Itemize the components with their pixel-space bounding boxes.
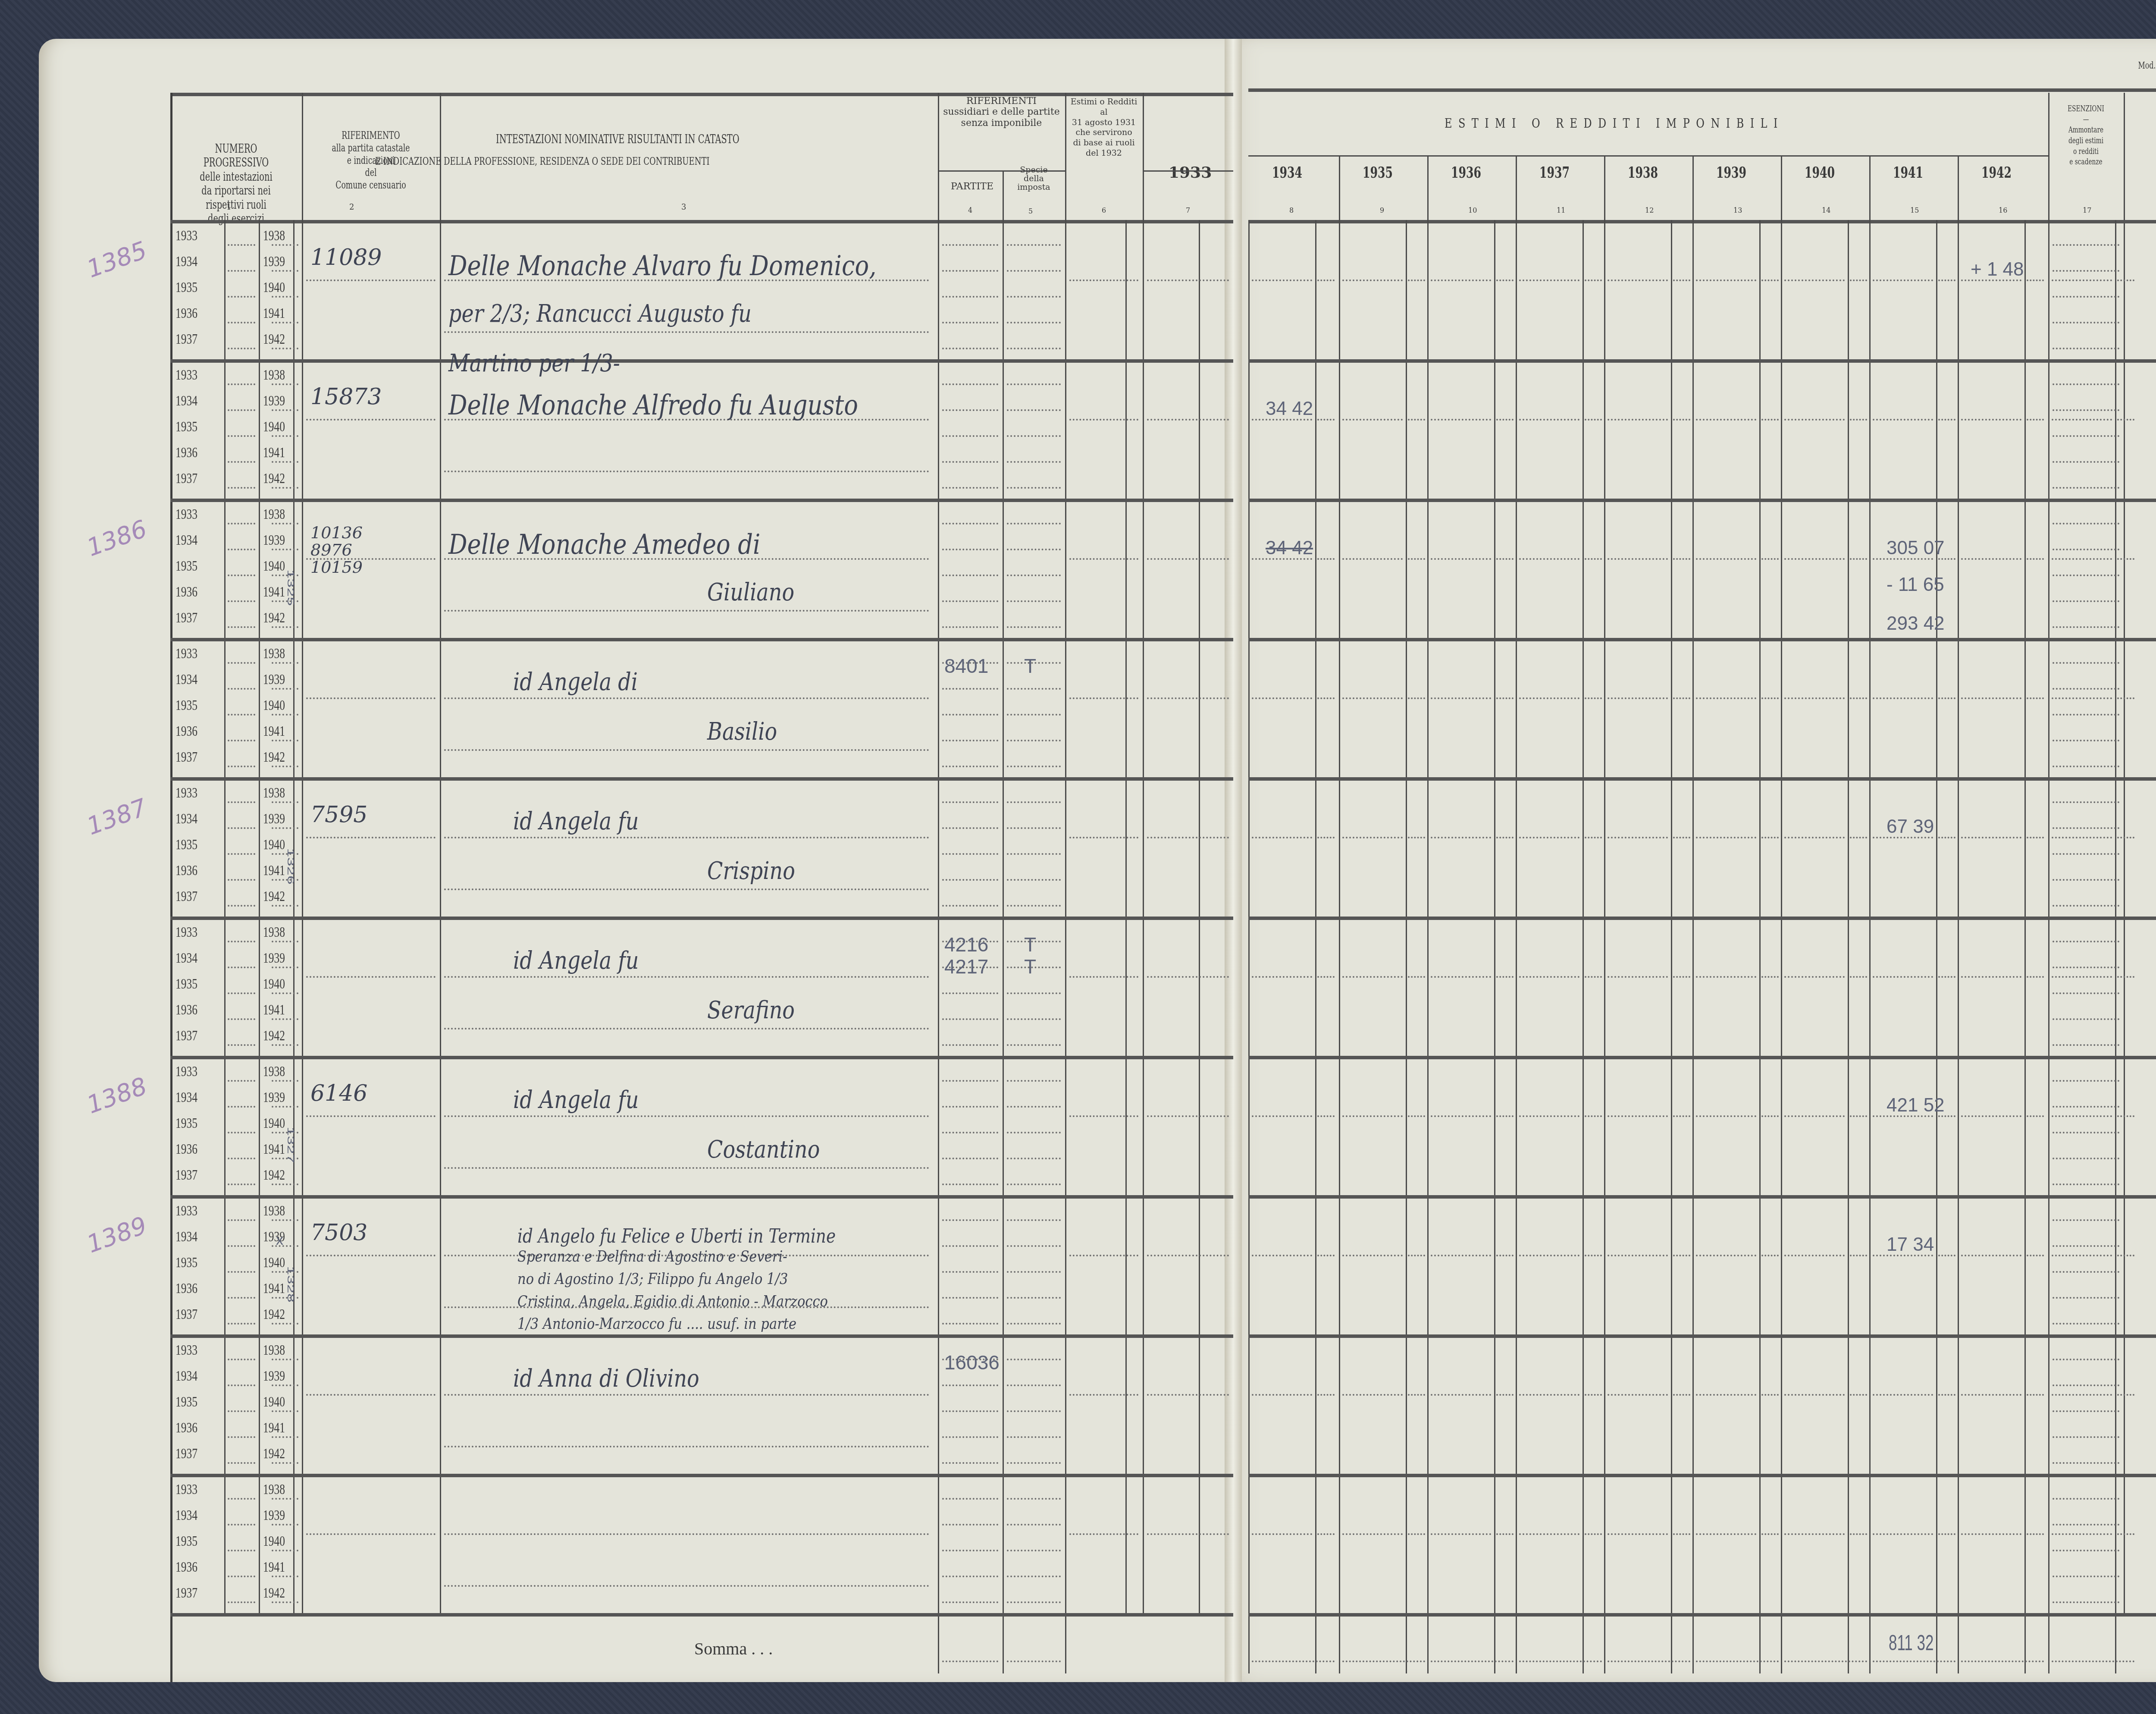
- rule-horizontal: [1143, 170, 1233, 172]
- dotted-rule: [272, 1550, 298, 1551]
- esenzioni-header: ESENZIONI—Ammontaredegli estimio redditi…: [2060, 104, 2112, 167]
- dotted-rule: [272, 992, 298, 994]
- dotted-rule: [1007, 1524, 1061, 1526]
- year-left: 1934: [175, 1507, 197, 1524]
- year-left: 1935: [175, 558, 197, 574]
- year-left: 1935: [175, 697, 197, 714]
- year-right: 1940: [263, 419, 285, 435]
- dotted-rule: [228, 1158, 255, 1159]
- dotted-rule: [942, 409, 998, 411]
- dotted-rule: [1673, 1394, 1690, 1396]
- estimi-1931-header-line: al: [1067, 107, 1141, 118]
- year-left: 1933: [175, 646, 197, 662]
- dotted-rule: [1431, 279, 1491, 281]
- dotted-rule: [272, 1219, 298, 1221]
- year-right: 1939: [263, 950, 285, 967]
- dotted-rule: [228, 435, 255, 437]
- dotted-rule: [1007, 626, 1061, 628]
- dotted-rule: [1007, 740, 1061, 741]
- year-left: 1934: [175, 811, 197, 827]
- rule-vertical: [1494, 220, 1495, 1673]
- dotted-rule: [1147, 1394, 1229, 1396]
- dotted-rule: [2117, 419, 2134, 421]
- dotted-rule: [1007, 549, 1061, 550]
- dotted-rule: [228, 801, 255, 803]
- dotted-rule: [1585, 1533, 1602, 1535]
- dotted-rule: [1317, 419, 1335, 421]
- riferimento-header-line: alla partita catastale: [323, 142, 419, 154]
- dotted-rule: [444, 471, 929, 472]
- dotted-rule: [1496, 837, 1514, 838]
- dotted-rule: [1147, 1255, 1229, 1256]
- dotted-rule: [272, 322, 298, 323]
- dotted-rule: [1496, 976, 1514, 978]
- rule-vertical: [1759, 220, 1761, 1673]
- dotted-rule: [942, 801, 998, 803]
- dotted-rule: [2052, 558, 2112, 560]
- dotted-rule: [942, 322, 998, 323]
- estimo-value: 421 52: [1887, 1095, 1945, 1116]
- dotted-rule: [1761, 1394, 1779, 1396]
- riferimenti-header-line: sussidiari e delle partite: [940, 107, 1063, 117]
- dotted-rule: [1408, 1115, 1425, 1117]
- dotted-rule: [1585, 558, 1602, 560]
- dotted-rule: [1147, 976, 1229, 978]
- dotted-rule: [228, 662, 255, 664]
- dotted-rule: [1317, 1394, 1335, 1396]
- rule-horizontal: [938, 170, 1065, 172]
- dotted-rule: [1007, 1384, 1061, 1386]
- dotted-rule: [272, 1106, 298, 1108]
- estimi-1931-header: Estimi o Redditial31 agosto 1931che serv…: [1067, 97, 1141, 159]
- year-left: 1935: [175, 837, 197, 853]
- dotted-rule: [2053, 435, 2119, 437]
- year-1933-header: 1933: [1169, 164, 1212, 182]
- dotted-rule: [2053, 296, 2119, 298]
- dotted-rule: [1961, 976, 2021, 978]
- numero-progressivo-header-line: degli esercizi: [192, 212, 280, 226]
- dotted-rule: [942, 574, 998, 576]
- dotted-rule: [1585, 697, 1602, 699]
- rule-vertical: [1781, 155, 1782, 220]
- dotted-rule: [1317, 976, 1335, 978]
- rule-vertical: [1692, 155, 1694, 220]
- dotted-rule: [2117, 1115, 2134, 1117]
- dotted-rule: [1938, 279, 1955, 281]
- dotted-rule: [228, 1359, 255, 1360]
- dotted-rule: [1496, 279, 1514, 281]
- rule-horizontal: [170, 917, 1233, 920]
- dotted-rule: [2053, 1080, 2119, 1082]
- dotted-rule: [1519, 279, 1579, 281]
- dotted-rule: [1873, 697, 1933, 699]
- estimo-value: 34 42: [1266, 398, 1313, 420]
- dotted-rule: [942, 1498, 998, 1500]
- year-left: 1937: [175, 888, 197, 905]
- dotted-rule: [1007, 1245, 1061, 1247]
- col-number-3: 3: [681, 203, 686, 212]
- name-line: Delle Monache Amedeo di: [448, 529, 760, 561]
- year-1940-header: 1940: [1805, 164, 1835, 182]
- dotted-rule: [306, 1255, 436, 1256]
- dotted-rule: [1608, 1661, 1690, 1662]
- dotted-rule: [1252, 1115, 1312, 1117]
- year-right: 1938: [263, 228, 285, 244]
- dotted-rule: [1519, 1394, 1579, 1396]
- dotted-rule: [1873, 1533, 1933, 1535]
- rule-horizontal: [170, 1195, 1233, 1199]
- dotted-rule: [1608, 697, 1668, 699]
- dotted-rule: [1608, 279, 1668, 281]
- year-right: 1938: [263, 924, 285, 941]
- numero-progressivo-header: NUMERO PROGRESSIVOdelle intestazionida r…: [192, 142, 280, 226]
- dotted-rule: [272, 487, 298, 489]
- dotted-rule: [1873, 976, 1933, 978]
- year-left: 1937: [175, 1028, 197, 1044]
- dotted-rule: [2053, 1044, 2119, 1046]
- dotted-rule: [1007, 1297, 1061, 1299]
- year-right: 1939: [263, 254, 285, 270]
- dotted-rule: [2053, 1462, 2119, 1464]
- dotted-rule: [1761, 976, 1779, 978]
- year-left: 1937: [175, 1446, 197, 1462]
- rule-vertical: [440, 93, 441, 220]
- dotted-rule: [1784, 1661, 1867, 1662]
- dotted-rule: [272, 549, 298, 550]
- dotted-rule: [1007, 1271, 1061, 1273]
- dotted-rule: [1069, 697, 1138, 699]
- dotted-rule: [1147, 1115, 1229, 1117]
- dotted-rule: [228, 549, 255, 550]
- dotted-rule: [272, 905, 298, 907]
- dotted-rule: [444, 1533, 929, 1535]
- dotted-rule: [1007, 1183, 1061, 1185]
- year-left: 1934: [175, 1368, 197, 1384]
- dotted-rule: [1519, 558, 1579, 560]
- form-id: Mod. 111 - Imposte Dirette (Intercalare)…: [2138, 60, 2156, 71]
- rule-vertical: [1427, 155, 1429, 220]
- riferimento-header-line: del: [323, 166, 419, 179]
- rule-horizontal: [1248, 777, 2156, 781]
- dotted-rule: [228, 1576, 255, 1577]
- rule-vertical: [1427, 220, 1429, 1673]
- dotted-rule: [444, 1167, 929, 1169]
- rule-horizontal: [1248, 155, 2048, 157]
- dotted-rule: [1496, 1255, 1514, 1256]
- esenzioni-header-line: e scadenze: [2060, 157, 2112, 167]
- dotted-rule: [2052, 1255, 2112, 1256]
- rule-vertical: [2124, 93, 2125, 1613]
- dotted-rule: [2052, 419, 2112, 421]
- dotted-rule: [2053, 487, 2119, 489]
- dotted-rule: [272, 1323, 298, 1325]
- dotted-rule: [272, 1576, 298, 1577]
- dotted-rule: [1784, 1255, 1845, 1256]
- dotted-rule: [1007, 1601, 1061, 1603]
- dotted-rule: [272, 1080, 298, 1082]
- dotted-rule: [1673, 837, 1690, 838]
- dotted-rule: [1007, 409, 1061, 411]
- dotted-rule: [1850, 1115, 1867, 1117]
- dotted-rule: [2117, 1533, 2134, 1535]
- dotted-rule: [942, 1297, 998, 1299]
- dotted-rule: [2053, 1271, 2119, 1273]
- dotted-rule: [444, 1028, 929, 1030]
- dotted-rule: [1761, 1533, 1779, 1535]
- dotted-rule: [1673, 697, 1690, 699]
- dotted-rule: [1961, 697, 2021, 699]
- specie-value: T: [1024, 655, 1036, 677]
- specie-header: Speciedellaimposta: [1003, 166, 1064, 192]
- dotted-rule: [306, 976, 436, 978]
- dotted-rule: [444, 749, 929, 751]
- dotted-rule: [1007, 1410, 1061, 1412]
- dotted-rule: [1873, 419, 1933, 421]
- dotted-rule: [942, 244, 998, 246]
- dotted-rule: [1673, 558, 1690, 560]
- dotted-rule: [2027, 1255, 2044, 1256]
- year-left: 1934: [175, 950, 197, 967]
- rule-horizontal: [1248, 1056, 2156, 1059]
- rule-vertical: [1248, 220, 1250, 1673]
- dotted-rule: [1007, 1080, 1061, 1082]
- dotted-rule: [1496, 1533, 1514, 1535]
- dotted-rule: [1408, 1394, 1425, 1396]
- year-left: 1937: [175, 1585, 197, 1601]
- dotted-rule: [444, 1115, 929, 1117]
- dotted-rule: [306, 1533, 436, 1535]
- rule-horizontal: [1248, 917, 2156, 920]
- dotted-rule: [272, 1524, 298, 1526]
- dotted-rule: [1519, 1661, 1602, 1662]
- dotted-rule: [1252, 697, 1312, 699]
- dotted-rule: [1961, 558, 2021, 560]
- dotted-rule: [1007, 1323, 1061, 1325]
- dotted-rule: [444, 1585, 929, 1587]
- year-right: 1942: [263, 471, 285, 487]
- dotted-rule: [1938, 697, 1955, 699]
- dotted-rule: [272, 1436, 298, 1438]
- dotted-rule: [1408, 1533, 1425, 1535]
- dotted-rule: [1938, 1533, 1955, 1535]
- dotted-rule: [1608, 419, 1668, 421]
- year-left: 1936: [175, 1141, 197, 1158]
- dotted-rule: [306, 419, 436, 421]
- dotted-rule: [1252, 279, 1312, 281]
- estimi-1931-header-line: che servirono: [1067, 128, 1141, 138]
- year-right: 1940: [263, 1255, 285, 1271]
- dotted-rule: [228, 1410, 255, 1412]
- dotted-rule: [228, 523, 255, 524]
- dotted-rule: [1317, 1255, 1335, 1256]
- dotted-rule: [942, 1661, 998, 1662]
- rule-vertical: [1958, 155, 1959, 220]
- dotted-rule: [1608, 1533, 1668, 1535]
- dotted-rule: [1608, 1255, 1668, 1256]
- year-left: 1936: [175, 1281, 197, 1297]
- estimo-value: 293 42: [1887, 613, 1945, 634]
- dotted-rule: [1519, 1533, 1579, 1535]
- rule-horizontal: [1248, 638, 2156, 641]
- dotted-rule: [942, 435, 998, 437]
- year-right: 1942: [263, 749, 285, 766]
- year-right: 1939: [263, 532, 285, 549]
- rule-vertical: [1406, 220, 1407, 1673]
- dotted-rule: [942, 1080, 998, 1082]
- ledger-layer: NUMERO PROGRESSIVOdelle intestazionida r…: [0, 0, 2156, 1714]
- dotted-rule: [1252, 1661, 1335, 1662]
- rule-vertical: [1583, 220, 1584, 1673]
- rule-vertical: [302, 93, 303, 220]
- rule-horizontal: [1248, 220, 2156, 223]
- dotted-rule: [1850, 1255, 1867, 1256]
- dotted-rule: [1007, 1219, 1061, 1221]
- dotted-rule: [1519, 697, 1579, 699]
- dotted-rule: [2052, 1661, 2134, 1662]
- dotted-rule: [1007, 523, 1061, 524]
- dotted-rule: [1673, 419, 1690, 421]
- name-line: Crispino: [707, 857, 795, 885]
- dotted-rule: [942, 1384, 998, 1386]
- year-right: 1938: [263, 1342, 285, 1359]
- year-left: 1936: [175, 305, 197, 322]
- rule-horizontal: [1248, 1474, 2156, 1477]
- dotted-rule: [1673, 279, 1690, 281]
- year-left: 1933: [175, 1482, 197, 1498]
- dotted-rule: [1761, 419, 1779, 421]
- dotted-rule: [942, 1410, 998, 1412]
- dotted-rule: [1007, 766, 1061, 767]
- year-right: 1938: [263, 1203, 285, 1219]
- dotted-rule: [1696, 1661, 1779, 1662]
- col-number-11: 11: [1557, 206, 1565, 214]
- dotted-rule: [1069, 558, 1138, 560]
- year-right: 1938: [263, 367, 285, 383]
- dotted-rule: [228, 322, 255, 323]
- dotted-rule: [1784, 1394, 1845, 1396]
- dotted-rule: [1147, 558, 1229, 560]
- year-left: 1937: [175, 331, 197, 348]
- dotted-rule: [272, 827, 298, 829]
- dotted-rule: [306, 1115, 436, 1117]
- dotted-rule: [1252, 1255, 1312, 1256]
- estimi-1931-header-line: Estimi o Redditi: [1067, 97, 1141, 107]
- riferimenti-header: RIFERIMENTIsussidiari e delle partitesen…: [940, 96, 1063, 129]
- col-number-15: 15: [1910, 206, 1919, 214]
- dotted-rule: [306, 697, 436, 699]
- dotted-rule: [942, 600, 998, 602]
- year-right: 1939: [263, 1089, 285, 1106]
- dotted-rule: [1496, 558, 1514, 560]
- dotted-rule: [1317, 558, 1335, 560]
- dotted-rule: [1519, 837, 1579, 838]
- partita-catastale: 10136 8976 10159: [310, 524, 363, 576]
- dotted-rule: [1696, 279, 1756, 281]
- rule-vertical: [1958, 220, 1959, 1673]
- dotted-rule: [2053, 1219, 2119, 1221]
- rule-vertical: [938, 1613, 939, 1673]
- col-number-16: 16: [1999, 206, 2007, 214]
- year-right: 1939: [263, 672, 285, 688]
- dotted-rule: [1317, 279, 1335, 281]
- dotted-rule: [1496, 1394, 1514, 1396]
- col-number-2: 2: [349, 203, 354, 212]
- dotted-rule: [2053, 1384, 2119, 1386]
- dotted-rule: [1007, 1462, 1061, 1464]
- dotted-rule: [1784, 419, 1845, 421]
- year-1938-header: 1938: [1628, 164, 1658, 182]
- dotted-rule: [1784, 1115, 1845, 1117]
- dotted-rule: [1252, 1533, 1312, 1535]
- name-line: per 2/3; Rancucci Augusto fu: [448, 300, 752, 328]
- dotted-rule: [228, 1601, 255, 1603]
- dotted-rule: [942, 688, 998, 690]
- intestazioni-header: INTESTAZIONI NOMINATIVE RISULTANTI IN CA…: [496, 133, 740, 146]
- dotted-rule: [272, 1601, 298, 1603]
- dotted-rule: [2053, 967, 2119, 968]
- rule-horizontal: [1248, 1334, 2156, 1338]
- dotted-rule: [306, 1394, 436, 1396]
- year-left: 1936: [175, 723, 197, 740]
- year-1939-header: 1939: [1716, 164, 1746, 182]
- dotted-rule: [228, 1498, 255, 1500]
- dotted-rule: [2053, 1576, 2119, 1577]
- dotted-rule: [1608, 837, 1668, 838]
- year-right: 1938: [263, 506, 285, 523]
- dotted-rule: [2117, 279, 2134, 281]
- estimo-value: + 1 48: [1971, 259, 2024, 280]
- col-number-14: 14: [1822, 206, 1830, 214]
- dotted-rule: [1007, 905, 1061, 907]
- esenzioni-header-line: —: [2060, 114, 2112, 125]
- dotted-rule: [228, 688, 255, 690]
- partita-catastale: 11089: [310, 246, 382, 270]
- dotted-rule: [1696, 1255, 1756, 1256]
- esenzioni-header-line: degli estimi: [2060, 135, 2112, 146]
- partita-catastale: 15873: [310, 385, 382, 409]
- dotted-rule: [228, 941, 255, 942]
- dotted-rule: [1696, 419, 1756, 421]
- dotted-rule: [272, 1359, 298, 1360]
- dotted-rule: [228, 487, 255, 489]
- dotted-rule: [1519, 1255, 1579, 1256]
- dotted-rule: [942, 626, 998, 628]
- dotted-rule: [272, 714, 298, 716]
- dotted-rule: [228, 383, 255, 385]
- dotted-rule: [1408, 976, 1425, 978]
- dotted-rule: [1007, 714, 1061, 716]
- dotted-rule: [1147, 697, 1229, 699]
- year-left: 1933: [175, 228, 197, 244]
- dotted-rule: [1342, 1115, 1403, 1117]
- dotted-rule: [272, 244, 298, 246]
- dotted-rule: [1007, 461, 1061, 463]
- dotted-rule: [2053, 1436, 2119, 1438]
- dotted-rule: [1696, 1394, 1756, 1396]
- dotted-rule: [1007, 1044, 1061, 1046]
- rule-vertical: [2115, 220, 2116, 1673]
- estimo-value: 67 39: [1887, 816, 1934, 838]
- dotted-rule: [1761, 697, 1779, 699]
- rule-vertical: [1339, 220, 1340, 1673]
- dotted-rule: [306, 837, 436, 838]
- dotted-rule: [1007, 1132, 1061, 1133]
- estimo-value: - 11 65: [1887, 574, 1944, 596]
- dotted-rule: [1784, 697, 1845, 699]
- dotted-rule: [444, 1446, 929, 1447]
- dotted-rule: [1342, 1661, 1425, 1662]
- ruolo-number: 1328: [285, 1266, 296, 1303]
